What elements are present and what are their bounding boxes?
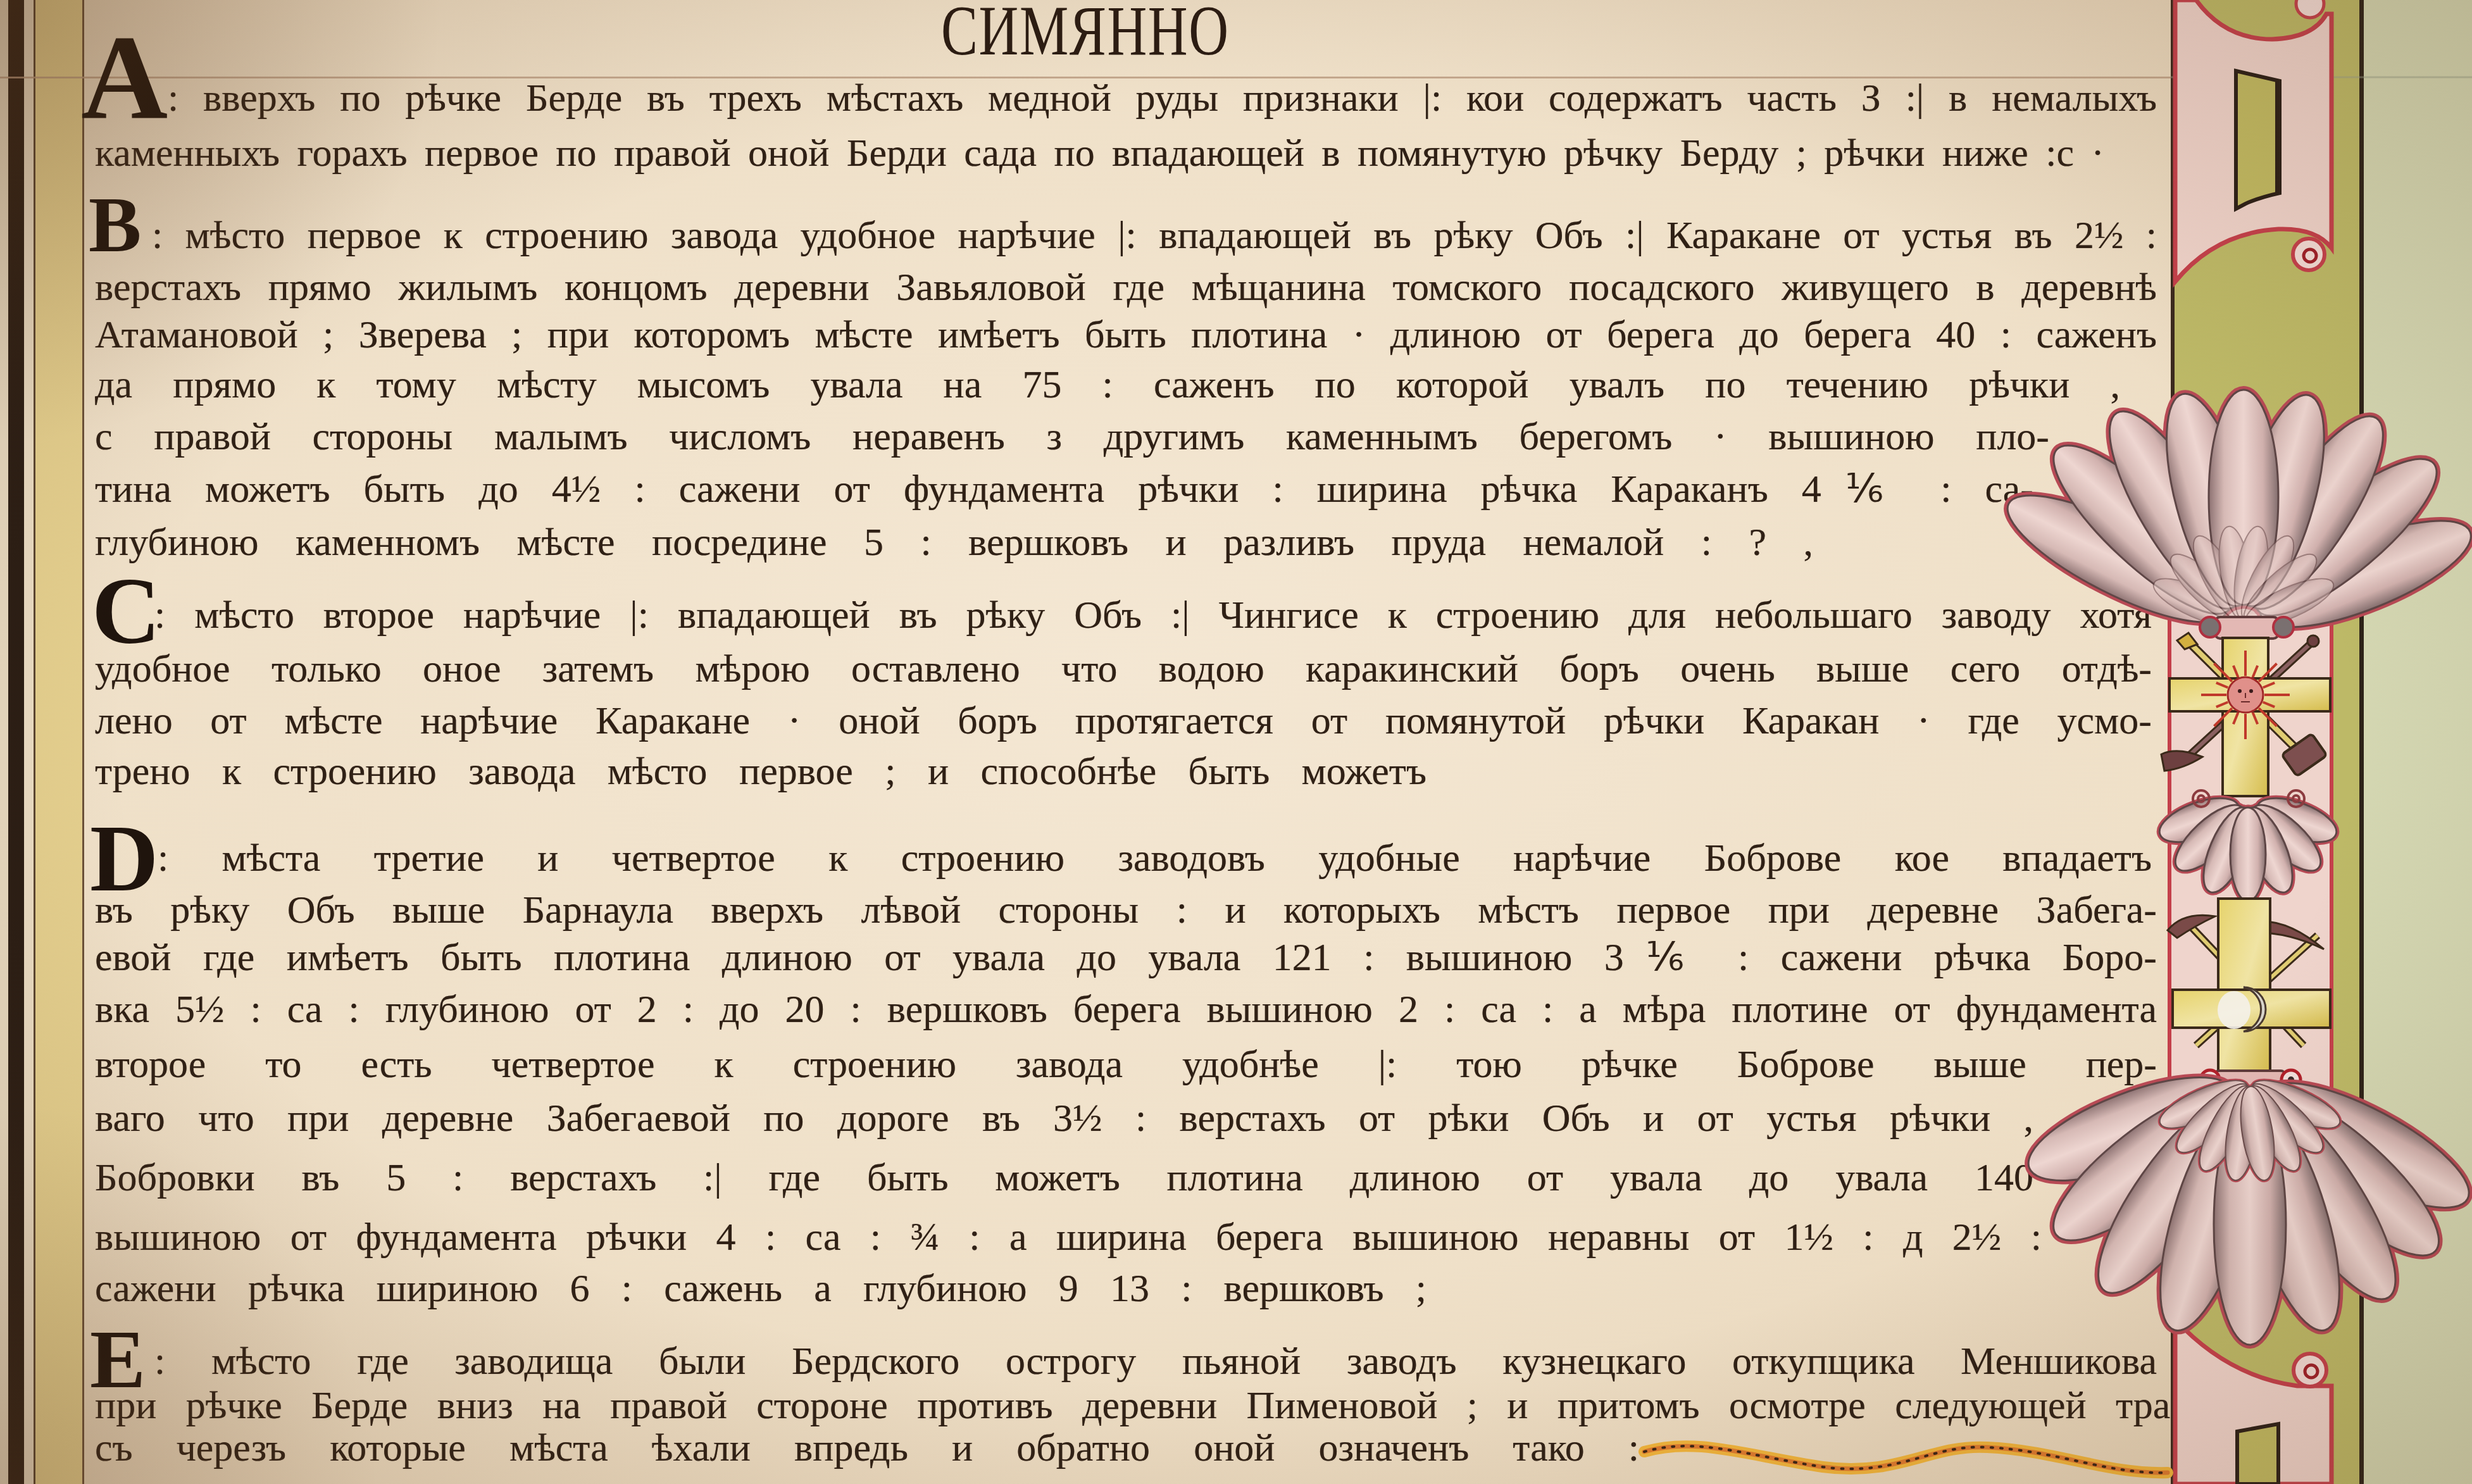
- crescent-moon-icon: [2218, 987, 2266, 1032]
- text-line: : мѣсто первое к строению завода удобное…: [152, 210, 2157, 261]
- text-line: евой где имѣетъ быть плотина длиною от у…: [95, 932, 2157, 983]
- scallop-shell-large-bottom: [2016, 1056, 2472, 1345]
- text-line: верстахъ прямо жилымъ концомъ деревни За…: [95, 262, 2157, 313]
- left-border-thin-line-inner: [82, 0, 84, 1484]
- text-line: удобное только оное затемъ мѣрою оставле…: [95, 644, 2152, 694]
- crossed-picks-icon: [2168, 915, 2324, 1045]
- text-line: вка 5½ : са : глубиною от 2 : до 20 : ве…: [95, 984, 2157, 1035]
- drop-cap-a: A: [81, 18, 168, 139]
- text-line: каменныхъ горахъ первое по правой оной Б…: [95, 128, 2104, 178]
- drop-cap-b: B: [89, 186, 141, 265]
- text-line: да прямо к тому мѣсту мысомъ увала на 75…: [95, 359, 2120, 410]
- text-line: лено от мѣсте нарѣчие Каракане · оной бо…: [95, 695, 2152, 746]
- text-line: трено к строению завода мѣсто первое ; и…: [95, 746, 1426, 797]
- shell-knob-bar: [2200, 617, 2294, 639]
- text-line: Атамановой ; Зверева ; при которомъ мѣст…: [95, 309, 2157, 360]
- sun-face-cross: [2161, 633, 2330, 796]
- text-line: с правой стороны малымъ числомъ неравенъ…: [95, 411, 2049, 462]
- text-line: ваго что при деревне Забегаевой по дорог…: [95, 1093, 2033, 1144]
- text-line: съ черезъ которые мѣста ѣхали впредь и о…: [95, 1423, 1639, 1473]
- crossed-hammer-and-pick-icon: [2161, 633, 2327, 776]
- page-title: СИМЯННО: [941, 0, 1230, 66]
- sun-face-icon: [2201, 651, 2290, 739]
- text-line: : мѣста третие и четвертое к строению за…: [158, 833, 2152, 883]
- crescent-moon-cross: [2168, 899, 2330, 1089]
- text-line: : вверхъ по рѣчке Берде въ трехъ мѣстахъ…: [168, 73, 2157, 123]
- left-border-yellow-strip: [35, 0, 82, 1484]
- wavy-river-line: [1644, 1446, 2168, 1473]
- text-line: глубиною каменномъ мѣсте посредине 5 : в…: [95, 517, 1813, 568]
- text-line: въ рѣку Объ выше Барнаула вверхъ лѣвой с…: [95, 885, 2157, 935]
- scroll-banner-bottom: [2175, 1319, 2332, 1484]
- scroll-banner-top: [2175, 0, 2332, 282]
- manuscript-page: СИМЯННО A : вверхъ по рѣчке Берде въ тре…: [0, 0, 2472, 1484]
- text-line: : мѣсто второе нарѣчие |: впадающей въ р…: [154, 590, 2152, 640]
- text-line: Бобровки въ 5 : верстахъ :| где быть мож…: [95, 1152, 2033, 1203]
- text-line: сажени рѣчка шириною 6 : сажень а глубин…: [95, 1263, 1426, 1314]
- left-border-dark-line: [8, 0, 24, 1484]
- text-line: тина можетъ быть до 4½ : сажени от фунда…: [95, 464, 2033, 514]
- text-line: : мѣсто где заводища были Бердского остр…: [154, 1336, 2157, 1387]
- text-line: второе то есть четвертое к строению заво…: [95, 1039, 2157, 1090]
- shell-knob-bar: [2200, 1070, 2300, 1089]
- band-middle: [2169, 601, 2332, 1095]
- border-band: [2171, 0, 2472, 1484]
- text-line: вышиною от фундамента рѣчки 4 : са : ¾ :…: [95, 1212, 2042, 1263]
- scallop-shell-small: [2154, 789, 2342, 901]
- left-border-cream-inner: [24, 0, 34, 1484]
